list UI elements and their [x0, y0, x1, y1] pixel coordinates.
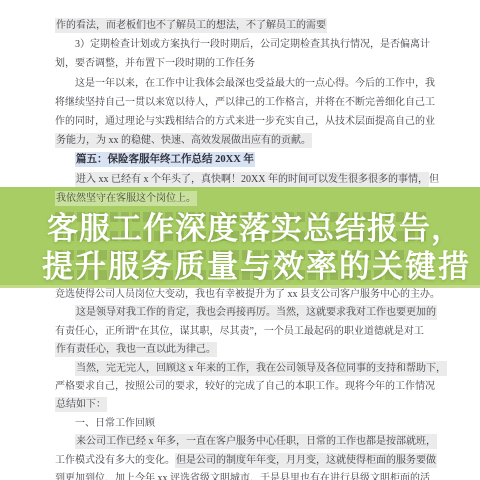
text-line: 进入 xx 已经有 x 个年头了，真快啊！20XX 年的时间可以发生很多很多的事…: [75, 170, 439, 189]
document-page: 作的看法，而老板们也不了解员工的想法，不了解员工的需要3）定期检查计划或方案执行…: [0, 0, 480, 480]
text-line: 一、日常工作回顾: [75, 414, 155, 433]
text-segment: 竞选使得公司人员岗位大变动，我也有幸被提升为了 xx 县支公司客户服务中心的主办…: [55, 289, 440, 300]
text-segment: 工作模式没有多大的变化。: [55, 455, 175, 466]
text-segment: 但: [429, 174, 439, 185]
highlighted-text: 总结如下：: [55, 397, 107, 412]
text-line: 到更加到位，加上今年 xx 评选省级文明城市，于是县里也有在进行县级文明柜面的活: [55, 469, 430, 480]
text-line: 这是一年以来，在工作中让我体会最深也受益最大的一点心得。今后的工作中，我: [75, 74, 435, 93]
highlighted-text: 务能力，为 xx 的稳健、快速、高效发展做出应有的贡献。: [55, 133, 312, 148]
text-line: 作的看法，而老板们也不了解员工的想法，不了解员工的需要: [55, 16, 327, 35]
text-segment: 到更加到位，加上今年 xx 评选省级文明城市，于是县里也有在进行县级文明柜面的活: [55, 473, 430, 480]
highlighted-text: 作有责任心，我也一直以此为律己。: [55, 342, 217, 357]
text-segment: 3）定期检查计划或方案执行一段时期后，公司定期检查其执行情况，是否偏离计: [75, 39, 430, 50]
text-line: 3）定期检查计划或方案执行一段时期后，公司定期检查其执行情况，是否偏离计: [75, 35, 430, 54]
highlighted-text: 这是领导对我工作的肯定，我也会再接再厉。当然，这就要求我对工作也要更加的: [75, 305, 437, 320]
text-line: 这是领导对我工作的肯定，我也会再接再厉。当然，这就要求我对工作也要更加的: [75, 303, 437, 322]
text-segment: 严格要求自己，按照公司的要求，较好的完成了自己的本职工作。现将今年的工作情况: [55, 381, 435, 392]
text-line: 将继续坚持自己一贯以来宽以待人，严以律己的工作格言，并将在不断完善细化自己工: [55, 93, 435, 112]
text-line: 来公司工作已经 x 年多，一直在客户服务中心任职，日常的工作也都是按部就班，: [75, 432, 437, 451]
text-line: 严格要求自己，按照公司的要求，较好的完成了自己的本职工作。现将今年的工作情况: [55, 377, 435, 396]
text-segment: 这是一年以来，在工作中让我体会最深也受益最大的一点心得。今后的工作中，我: [75, 78, 435, 89]
highlighted-text: 但是公司的制度年年变，月月变，这就使得柜面的服务要做: [175, 453, 437, 468]
text-line: 作的同时，通过理论与实践相结合的方式来进一步充实自己，从技术层面提高自己的业: [55, 112, 435, 131]
highlighted-text: 来公司工作已经 x 年多，一直在客户服务中心任职，日常的工作也都是按部就班，: [75, 434, 437, 449]
text-segment: 划，要否调整，并布置下一段时期的工作任务: [55, 58, 255, 69]
highlighted-text: 进入 xx 已经有 x 个年头了，真快啊！20XX 年的时间可以发生很多很多的事…: [75, 172, 429, 187]
text-segment: 有责任心，正所谓“在其位，谋其职，尽其责”，一个员工最起码的职业道德就是对工: [55, 326, 424, 337]
text-segment: 作的同时，通过理论与实践相结合的方式来进一步充实自己，从技术层面提高自己的业: [55, 116, 435, 127]
text-segment: 一、日常工作回顾: [75, 418, 155, 429]
highlighted-text: 当然，完无完人，回顾这 x 年来的工作，我在公司领导及各位同事的支持和帮助下，: [75, 361, 447, 376]
text-line: 务能力，为 xx 的稳健、快速、高效发展做出应有的贡献。: [55, 131, 312, 150]
text-line: 有责任心，正所谓“在其位，谋其职，尽其责”，一个员工最起码的职业道德就是对工: [55, 322, 424, 341]
text-line: 作有责任心，我也一直以此为律己。: [55, 340, 217, 359]
highlighted-text: 作的看法，而老板们也不了解员工的想法，不了解员工的需要: [55, 18, 327, 33]
text-line: 当然，完无完人，回顾这 x 年来的工作，我在公司领导及各位同事的支持和帮助下，: [75, 359, 447, 378]
text-line: 工作模式没有多大的变化。但是公司的制度年年变，月月变，这就使得柜面的服务要做: [55, 451, 437, 470]
text-line: 篇五：保险客服年终工作总结 20XX 年: [75, 150, 255, 169]
text-line: 划，要否调整，并布置下一段时期的工作任务: [55, 54, 255, 73]
banner-title-line2: 提升服务质量与效率的关键措: [42, 241, 471, 286]
highlighted-text: 篇五：保险客服年终工作总结 20XX 年: [75, 152, 255, 167]
text-segment: 将继续坚持自己一贯以来宽以待人，严以律己的工作格言，并将在不断完善细化自己工: [55, 97, 435, 108]
text-line: 总结如下：: [55, 395, 107, 414]
